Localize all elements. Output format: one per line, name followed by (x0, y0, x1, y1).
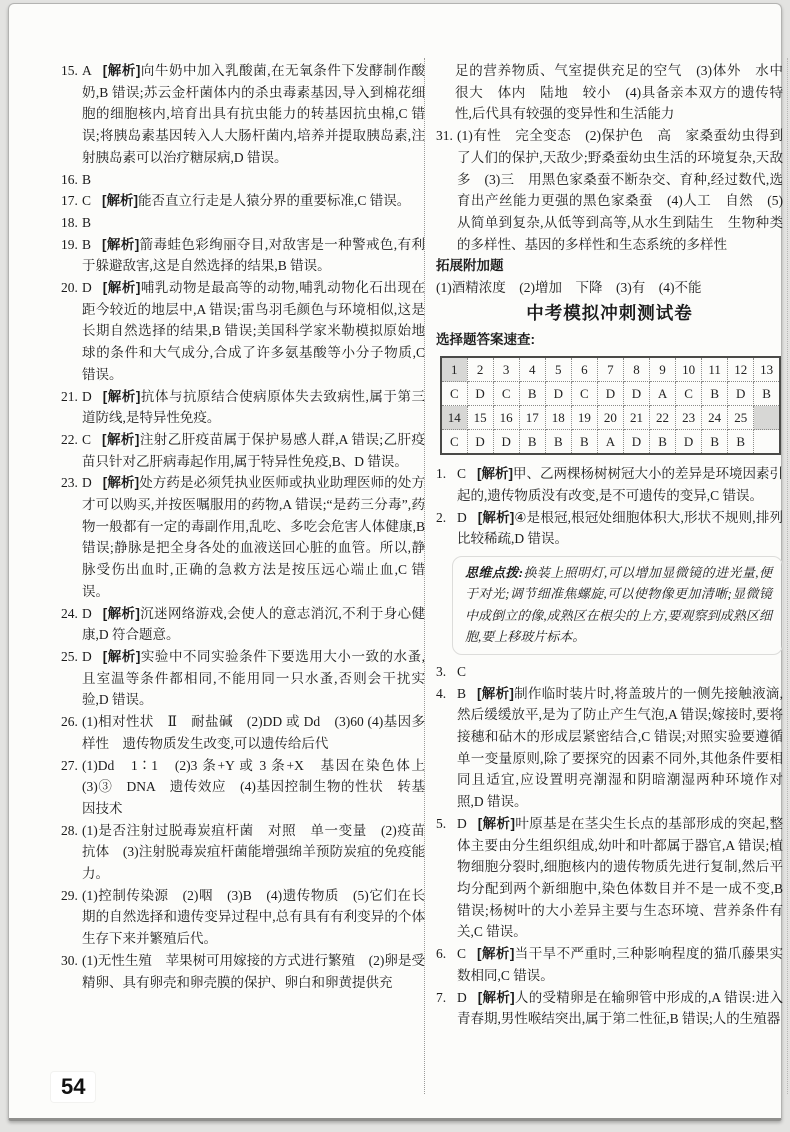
question-number-cell: 14 (441, 406, 467, 430)
question-number-cell: 3 (493, 357, 519, 382)
item-text: (1)控制传染源 (2)咽 (3)B (4)遗传物质 (5)它们在长期的自然选择… (82, 888, 425, 946)
item-number: 29. (61, 885, 82, 907)
item-answer-letter: C (82, 432, 91, 447)
item-number: 30. (61, 950, 82, 972)
answer-table-row: 12345678910111213 (441, 357, 780, 382)
item-text: 能否直立行走是人猿分界的重要标准,C 错误。 (138, 193, 410, 208)
item-number: 3. (436, 661, 457, 683)
answer-item: 17.C[解析]能否直立行走是人猿分界的重要标准,C 错误。 (61, 190, 425, 212)
question-number-cell: 9 (650, 357, 676, 382)
item-number: 22. (61, 429, 82, 451)
analysis-label: [解析] (102, 193, 138, 208)
answer-item: 29.(1)控制传染源 (2)咽 (3)B (4)遗传物质 (5)它们在长期的自… (61, 885, 425, 950)
question-number-cell: 13 (754, 357, 780, 382)
answer-item: 20.D[解析]哺乳动物是最高等的动物,哺乳动物化石出现在距今较近的地层中,A … (61, 277, 425, 386)
page-edge-divider (787, 58, 788, 1094)
answer-item: 26.(1)相对性状 Ⅱ 耐盐碱 (2)DD 或 Dd (3)60 (4)基因多… (61, 711, 425, 754)
answer-item: 18.B (61, 212, 425, 234)
item-answer-letter: A (82, 63, 92, 78)
analysis-label: [解析] (478, 510, 514, 525)
extra-section-heading: 拓展附加题 (436, 255, 783, 277)
item-text: B (82, 172, 91, 187)
thinking-tips-box: 思维点拨:换装上照明灯,可以增加显微镜的进光量,便于对光;调节细准焦螺旋,可以使… (452, 556, 783, 655)
item-answer-letter: D (457, 816, 467, 831)
item-text: 向牛奶中加入乳酸菌,在无氧条件下发酵制作酸奶,B 错误;苏云金杆菌体内的杀虫毒素… (82, 63, 425, 165)
answer-item: 21.D[解析]抗体与抗原结合使病原体失去致病性,属于第三道防线,是特异性免疫。 (61, 386, 425, 429)
item-number: 16. (61, 169, 82, 191)
answer-item: 3.C (436, 661, 783, 683)
item-number: 6. (436, 943, 457, 965)
item-number: 24. (61, 603, 82, 625)
answer-letter-cell: B (650, 430, 676, 455)
right-column: 足的营养物质、气室提供充足的空气 (3)体外 水中 很大 体内 陆地 较小 (4… (436, 60, 783, 1090)
item-number: 18. (61, 212, 82, 234)
answer-letter-cell: B (571, 430, 597, 455)
analysis-label: [解析] (477, 946, 514, 961)
thinking-tips-label: 思维点拨: (465, 565, 523, 580)
answer-letter-cell: D (467, 382, 493, 406)
answer-letter-cell: D (597, 382, 623, 406)
answer-item: 5.D[解析]叶原基是在茎尖生长点的基部形成的突起,整体主要由分生组织组成,幼叶… (436, 813, 783, 943)
answer-item: 25.D[解析]实验中不同实验条件下要选用大小一致的水蚤,且室温等条件都相同,不… (61, 646, 425, 711)
item-answer-letter: C (82, 193, 91, 208)
analysis-label: [解析] (103, 389, 141, 404)
answer-letter-cell: D (623, 430, 649, 455)
item-number: 25. (61, 646, 82, 668)
extra-section-answers: (1)酒精浓度 (2)增加 下降 (3)有 (4)不能 (436, 277, 783, 299)
item-text: C (457, 664, 466, 679)
question-number-cell: 5 (545, 357, 571, 382)
answer-letter-cell: D (467, 430, 493, 455)
answer-item: 2.D[解析]④是根冠,根冠处细胞体积大,形状不规则,排列比较稀疏,D 错误。 (436, 507, 783, 550)
question-number-cell: 19 (571, 406, 597, 430)
question-number-cell: 12 (728, 357, 754, 382)
answer-letter-cell: C (493, 382, 519, 406)
page-number: 54 (51, 1072, 95, 1102)
right-answer-list-top: 31.(1)有性 完全变态 (2)保护色 高 家桑蚕幼虫得到了人们的保护,天敌少… (436, 125, 783, 255)
item-answer-letter: D (82, 606, 92, 621)
analysis-label: [解析] (477, 686, 514, 701)
answer-item: 27.(1)Dd 1∶1 (2)3 条+Y 或 3 条+X 基因在染色体上 (3… (61, 755, 425, 820)
item-text: (1)相对性状 Ⅱ 耐盐碱 (2)DD 或 Dd (3)60 (4)基因多样性 … (82, 714, 425, 751)
question-number-cell: 15 (467, 406, 493, 430)
right-answer-list-b: 3.C4.B[解析]制作临时装片时,将盖玻片的一侧先接触液滴,然后缓缓放平,是为… (436, 661, 783, 1030)
item-number: 15. (61, 60, 82, 82)
analysis-label: [解析] (103, 475, 139, 490)
answer-item: 23.D[解析]处方药是必须凭执业医师或执业助理医师的处方才可以购买,并按医嘱服… (61, 472, 425, 602)
answer-letter-cell: A (650, 382, 676, 406)
answer-letter-cell: C (571, 382, 597, 406)
item-number: 27. (61, 755, 82, 777)
item-text: 叶原基是在茎尖生长点的基部形成的突起,整体主要由分生组织组成,幼叶和叶都属于器官… (457, 816, 783, 940)
answer-letter-cell: B (728, 430, 754, 455)
analysis-label: [解析] (103, 63, 141, 78)
item-number: 20. (61, 277, 82, 299)
answer-item: 24.D[解析]沉迷网络游戏,会使人的意志消沉,不利于身心健康,D 符合题意。 (61, 603, 425, 646)
item-number: 31. (436, 125, 457, 147)
item-answer-letter: D (82, 475, 92, 490)
left-column: 15.A[解析]向牛奶中加入乳酸菌,在无氧条件下发酵制作酸奶,B 错误;苏云金杆… (61, 60, 425, 1070)
item-text: 制作临时装片时,将盖玻片的一侧先接触液滴,然后缓缓放平,是为了防止产生气泡,A … (457, 686, 783, 810)
item-number: 28. (61, 820, 82, 842)
answer-letter-cell: C (441, 430, 467, 455)
question-number-cell: 20 (597, 406, 623, 430)
answer-letter-cell: D (676, 430, 702, 455)
answer-table-row: 141516171819202122232425 (441, 406, 780, 430)
answer-item: 6.C[解析]当干旱不严重时,三种影响程度的猫爪藤果实数相同,C 错误。 (436, 943, 783, 986)
analysis-label: [解析] (478, 990, 515, 1005)
item-number: 4. (436, 683, 457, 705)
question-number-cell: 16 (493, 406, 519, 430)
answer-item: 30.(1)无性生殖 苹果树可用嫁接的方式进行繁殖 (2)卵是受精卵、具有卵壳和… (61, 950, 425, 993)
item-answer-letter: C (457, 466, 466, 481)
item-number: 19. (61, 234, 82, 256)
question-number-cell: 23 (676, 406, 702, 430)
answer-item: 31.(1)有性 完全变态 (2)保护色 高 家桑蚕幼虫得到了人们的保护,天敌少… (436, 125, 783, 255)
question-number-cell: 2 (467, 357, 493, 382)
answer-letter-cell: B (702, 430, 728, 455)
question-number-cell: 7 (597, 357, 623, 382)
answer-item: 19.B[解析]箭毒蛙色彩绚丽夺目,对敌害是一种警戒色,有利于躲避敌害,这是自然… (61, 234, 425, 277)
item-number: 17. (61, 190, 82, 212)
item-answer-letter: C (457, 946, 466, 961)
continuation-paragraph: 足的营养物质、气室提供充足的空气 (3)体外 水中 很大 体内 陆地 较小 (4… (436, 60, 783, 125)
answer-item: 7.D[解析]人的受精卵是在输卵管中形成的,A 错误:进入青春期,男性喉结突出,… (436, 987, 783, 1030)
answer-letter-cell: D (493, 430, 519, 455)
answer-letter-cell: B (702, 382, 728, 406)
question-number-cell: 25 (728, 406, 754, 430)
question-number-cell: 6 (571, 357, 597, 382)
item-answer-letter: D (457, 990, 467, 1005)
item-answer-letter: D (82, 280, 92, 295)
item-answer-letter: D (82, 649, 92, 664)
answer-item: 1.C[解析]甲、乙两棵杨树树冠大小的差异是环境因素引起的,遗传物质没有改变,是… (436, 463, 783, 506)
question-number-cell: 21 (623, 406, 649, 430)
item-answer-letter: D (457, 510, 467, 525)
item-number: 2. (436, 507, 457, 529)
item-answer-letter: D (82, 389, 92, 404)
quick-check-label: 选择题答案速查: (436, 329, 783, 351)
analysis-label: [解析] (102, 432, 139, 447)
exam-title: 中考模拟冲刺测试卷 (436, 303, 783, 325)
answer-letter-cell: C (676, 382, 702, 406)
item-text: (1)Dd 1∶1 (2)3 条+Y 或 3 条+X 基因在染色体上 (3)③ … (82, 758, 425, 816)
item-text: (1)是否注射过脱毒炭疽杆菌 对照 单一变量 (2)疫苗 抗体 (3)注射脱毒炭… (82, 823, 425, 881)
left-answer-list: 15.A[解析]向牛奶中加入乳酸菌,在无氧条件下发酵制作酸奶,B 错误;苏云金杆… (61, 60, 425, 993)
analysis-label: [解析] (103, 649, 141, 664)
question-number-cell: 22 (650, 406, 676, 430)
item-answer-letter: B (82, 237, 91, 252)
question-number-cell: 17 (519, 406, 545, 430)
question-number-cell: 4 (519, 357, 545, 382)
answer-table-row: CDDBBBADBDBB (441, 430, 780, 455)
answer-page: 15.A[解析]向牛奶中加入乳酸菌,在无氧条件下发酵制作酸奶,B 错误;苏云金杆… (8, 3, 782, 1121)
item-number: 7. (436, 987, 457, 1009)
answer-letter-cell (754, 430, 780, 455)
item-answer-letter: B (457, 686, 466, 701)
item-text: B (82, 215, 91, 230)
answer-table-row: CDCBDCDDACBDB (441, 382, 780, 406)
question-number-cell: 24 (702, 406, 728, 430)
answer-letter-cell: D (545, 382, 571, 406)
item-number: 5. (436, 813, 457, 835)
answer-item: 22.C[解析]注射乙肝疫苗属于保护易感人群,A 错误;乙肝疫苗只针对乙肝病毒起… (61, 429, 425, 472)
question-number-cell: 10 (676, 357, 702, 382)
item-text: (1)有性 完全变态 (2)保护色 高 家桑蚕幼虫得到了人们的保护,天敌少;野桑… (457, 128, 783, 252)
question-number-cell: 8 (623, 357, 649, 382)
analysis-label: [解析] (103, 280, 141, 295)
answer-letter-cell: B (545, 430, 571, 455)
answer-letter-cell: D (623, 382, 649, 406)
analysis-label: [解析] (103, 606, 140, 621)
question-number-cell: 18 (545, 406, 571, 430)
item-number: 23. (61, 472, 82, 494)
item-number: 26. (61, 711, 82, 733)
answer-letter-cell: B (754, 382, 780, 406)
analysis-label: [解析] (478, 816, 515, 831)
question-number-cell: 11 (702, 357, 728, 382)
analysis-label: [解析] (477, 466, 513, 481)
answer-item: 4.B[解析]制作临时装片时,将盖玻片的一侧先接触液滴,然后缓缓放平,是为了防止… (436, 683, 783, 813)
item-number: 21. (61, 386, 82, 408)
item-number: 1. (436, 463, 457, 485)
right-answer-list-a: 1.C[解析]甲、乙两棵杨树树冠大小的差异是环境因素引起的,遗传物质没有改变,是… (436, 463, 783, 550)
answer-letter-cell: B (519, 382, 545, 406)
analysis-label: [解析] (102, 237, 139, 252)
answer-table: 12345678910111213CDCBDCDDACBDB1415161718… (440, 356, 781, 455)
question-number-cell (754, 406, 780, 430)
answer-letter-cell: A (597, 430, 623, 455)
answer-letter-cell: C (441, 382, 467, 406)
item-text: 哺乳动物是最高等的动物,哺乳动物化石出现在距今较近的地层中,A 错误;雷鸟羽毛颜… (82, 280, 425, 382)
answer-item: 28.(1)是否注射过脱毒炭疽杆菌 对照 单一变量 (2)疫苗 抗体 (3)注射… (61, 820, 425, 885)
answer-item: 16.B (61, 169, 425, 191)
item-text: 处方药是必须凭执业医师或执业助理医师的处方才可以购买,并按医嘱服用的药物,A 错… (82, 475, 425, 599)
answer-letter-cell: B (519, 430, 545, 455)
answer-item: 15.A[解析]向牛奶中加入乳酸菌,在无氧条件下发酵制作酸奶,B 错误;苏云金杆… (61, 60, 425, 169)
question-number-cell: 1 (441, 357, 467, 382)
item-text: (1)无性生殖 苹果树可用嫁接的方式进行繁殖 (2)卵是受精卵、具有卵壳和卵壳膜… (82, 953, 425, 990)
answer-letter-cell: D (728, 382, 754, 406)
